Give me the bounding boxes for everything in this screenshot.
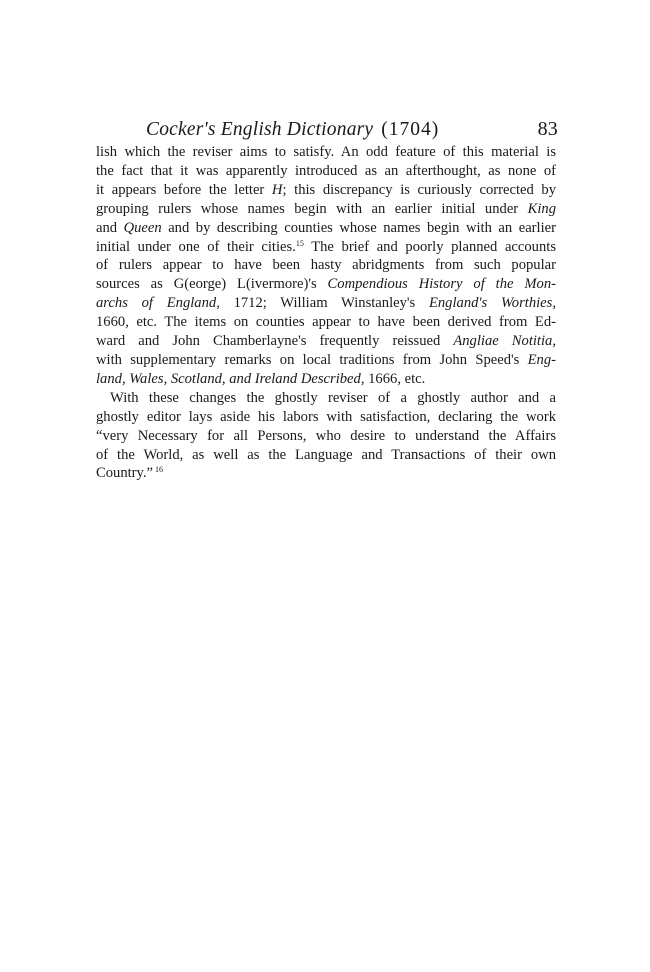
text-line: and Queen and by describing counties who… bbox=[96, 219, 556, 238]
text-run: grouping rulers whose names begin with a… bbox=[96, 201, 528, 217]
text-run: The brief and poorly planned accounts bbox=[304, 239, 556, 255]
paragraph: With these changes the ghostly reviser o… bbox=[96, 389, 556, 484]
text-run: 1660, etc. The items on counties appear … bbox=[96, 314, 556, 330]
text-run: , bbox=[552, 333, 556, 349]
text-run: the fact that it was apparently introduc… bbox=[96, 163, 556, 179]
footnote-ref: 15 bbox=[296, 239, 304, 248]
text-line: “very Necessary for all Persons, who des… bbox=[96, 427, 556, 446]
italic-text: England's Worthies bbox=[429, 295, 552, 311]
text-line: grouping rulers whose names begin with a… bbox=[96, 200, 556, 219]
text-line: of rulers appear to have been hasty abri… bbox=[96, 256, 556, 275]
footnote-ref: 16 bbox=[153, 465, 163, 474]
text-line: land, Wales, Scotland, and Ireland Descr… bbox=[96, 370, 556, 389]
title-year: (1704) bbox=[381, 119, 439, 140]
italic-text: H bbox=[272, 182, 283, 198]
text-run: , bbox=[552, 295, 556, 311]
paragraph: lish which the reviser aims to satisfy. … bbox=[96, 143, 556, 389]
text-line: Country.” 16 bbox=[96, 464, 556, 483]
italic-text: Angliae Notitia bbox=[453, 333, 552, 349]
text-line: sources as G(eorge) L(ivermore)'s Compen… bbox=[96, 275, 556, 294]
text-line: archs of England, 1712; William Winstanl… bbox=[96, 294, 556, 313]
text-run: and by describing counties whose names b… bbox=[162, 220, 556, 236]
page-number: 83 bbox=[538, 118, 558, 141]
italic-text: archs of England bbox=[96, 295, 216, 311]
text-run: Country.” bbox=[96, 465, 153, 481]
text-line: lish which the reviser aims to satisfy. … bbox=[96, 143, 556, 162]
text-run: it appears before the letter bbox=[96, 182, 272, 198]
text-run: of rulers appear to have been hasty abri… bbox=[96, 257, 556, 273]
text-run: , 1666, etc. bbox=[361, 371, 425, 387]
text-run: with supplementary remarks on local trad… bbox=[96, 352, 528, 368]
body-text: lish which the reviser aims to satisfy. … bbox=[96, 143, 556, 483]
text-run: With these changes the ghostly reviser o… bbox=[110, 390, 556, 406]
running-title: Cocker's English Dictionary(1704) bbox=[146, 119, 439, 141]
italic-text: Compendious History of the Mon- bbox=[328, 276, 556, 292]
text-run: ward and John Chamberlayne's frequently … bbox=[96, 333, 453, 349]
text-line: ward and John Chamberlayne's frequently … bbox=[96, 332, 556, 351]
italic-text: Eng- bbox=[528, 352, 556, 368]
italic-text: Queen bbox=[124, 220, 162, 236]
text-line: initial under one of their cities.15 The… bbox=[96, 238, 556, 257]
text-run: lish which the reviser aims to satisfy. … bbox=[96, 144, 556, 160]
text-run: , 1712; William Winstanley's bbox=[216, 295, 429, 311]
text-run: “very Necessary for all Persons, who des… bbox=[96, 428, 556, 444]
text-run: of the World, as well as the Language an… bbox=[96, 447, 556, 463]
text-line: it appears before the letter H; this dis… bbox=[96, 181, 556, 200]
italic-text: King bbox=[528, 201, 556, 217]
text-run: ghostly editor lays aside his labors wit… bbox=[96, 409, 556, 425]
text-line: With these changes the ghostly reviser o… bbox=[96, 389, 556, 408]
text-line: with supplementary remarks on local trad… bbox=[96, 351, 556, 370]
italic-text: land, Wales, Scotland, and Ireland Descr… bbox=[96, 371, 361, 387]
text-run: sources as G(eorge) L(ivermore)'s bbox=[96, 276, 328, 292]
running-header: Cocker's English Dictionary(1704) 83 bbox=[146, 118, 558, 141]
text-run: initial under one of their cities. bbox=[96, 239, 296, 255]
text-run: and bbox=[96, 220, 124, 236]
text-line: the fact that it was apparently introduc… bbox=[96, 162, 556, 181]
text-line: of the World, as well as the Language an… bbox=[96, 446, 556, 465]
text-line: ghostly editor lays aside his labors wit… bbox=[96, 408, 556, 427]
book-title: Cocker's English Dictionary bbox=[146, 119, 373, 140]
text-line: 1660, etc. The items on counties appear … bbox=[96, 313, 556, 332]
text-run: ; this discrepancy is curiously correcte… bbox=[282, 182, 556, 198]
